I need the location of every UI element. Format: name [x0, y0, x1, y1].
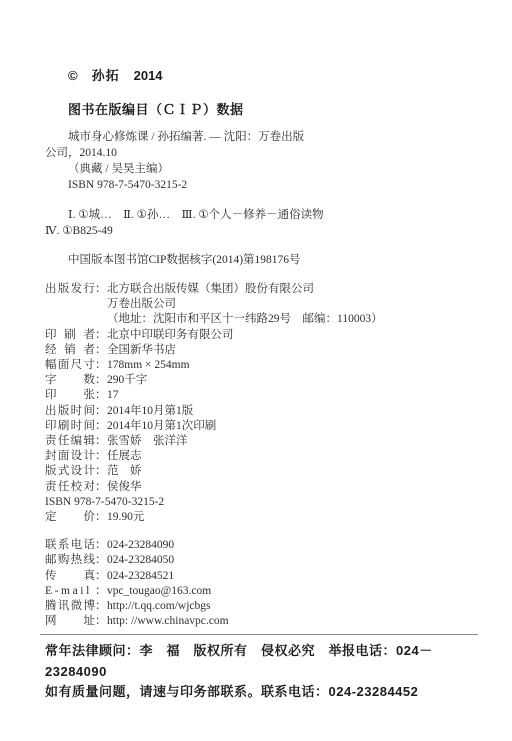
publication-info-block: 出版发行：北方联合出版传媒（集团）股份有限公司 万卷出版公司 （地址：沈阳市和平… [45, 282, 478, 525]
pub-value: 2014年10月第1版 [107, 405, 193, 417]
pub-value: 北方联合出版传媒（集团）股份有限公司 [107, 283, 314, 295]
label-colon: ： [95, 449, 107, 464]
cip-classification-block: Ⅰ. ①城… Ⅱ. ①孙… Ⅲ. ①个人－修养－通俗读物 Ⅳ. ①B825-49 [45, 207, 478, 239]
contact-label: 联系电话 [45, 538, 95, 553]
pub-label: 幅面尺寸 [45, 358, 95, 373]
pub-value: ISBN 978-7-5470-3215-2 [45, 496, 164, 508]
contact-row-microblog: 腾讯微博：http://t.qq.com/wjcbgs [45, 599, 478, 614]
pub-label: 封面设计 [45, 449, 95, 464]
pub-row-isbn: ISBN 978-7-5470-3215-2 [45, 495, 478, 510]
legal-footer: 常年法律顾问：李 福 版权所有 侵权必究 举报电话：024－23284090 如… [45, 641, 478, 703]
cip-isbn-line: ISBN 978-7-5470-3215-2 [45, 177, 478, 193]
pub-label: 责任校对 [45, 480, 95, 495]
pub-label: 版式设计 [45, 464, 95, 479]
contact-label: 腾讯微博 [45, 599, 95, 614]
pub-value: 北京中印联印务有限公司 [107, 329, 234, 341]
pub-row-editor: 责任编辑：张雪娇 张洋洋 [45, 434, 478, 449]
contact-label: 邮购热线 [45, 553, 95, 568]
pub-row-proofreader: 责任校对：侯俊华 [45, 480, 478, 495]
cip-heading: 图书在版编目（ＣＩＰ）数据 [68, 102, 478, 118]
label-colon: ： [95, 569, 107, 584]
label-colon: ： [95, 373, 107, 388]
pub-row-printer: 印刷者：北京中印联印务有限公司 [45, 328, 478, 343]
pub-row-address: （地址：沈阳市和平区十一纬路29号 邮编：110003） [45, 312, 478, 327]
pub-row-trim-size: 幅面尺寸：178mm × 254mm [45, 358, 478, 373]
contact-info-block: 联系电话：024-23284090 邮购热线：024-23284050 传真：0… [45, 538, 478, 629]
pub-value: 19.90元 [107, 511, 144, 523]
pub-label: 责任编辑 [45, 434, 95, 449]
legal-line: 常年法律顾问：李 福 版权所有 侵权必究 举报电话：024－23284090 [45, 641, 478, 682]
pub-row-publisher: 出版发行：北方联合出版传媒（集团）股份有限公司 [45, 282, 478, 297]
pub-row-distributor: 经销者：全国新华书店 [45, 343, 478, 358]
pub-value: 178mm × 254mm [107, 359, 190, 371]
pub-value: （地址：沈阳市和平区十一纬路29号 邮编：110003） [107, 313, 383, 325]
contact-value: 024-23284521 [107, 570, 174, 582]
contact-value: http: //www.chinavpc.com [107, 615, 229, 627]
pub-label: 经销者 [45, 343, 95, 358]
cip-series-line: （典藏 / 吴昊主编） [45, 161, 478, 177]
label-colon: ： [95, 480, 107, 495]
label-colon: ： [95, 599, 107, 614]
footer-divider [40, 634, 478, 635]
label-colon: ： [95, 419, 107, 434]
pub-row-print-date: 印刷时间：2014年10月第1次印刷 [45, 419, 478, 434]
contact-value: 024-23284050 [107, 554, 174, 566]
label-colon: ： [95, 614, 107, 629]
quality-line: 如有质量问题，请速与印务部联系。联系电话：024-23284452 [45, 682, 478, 703]
contact-row-email: E-mail：vpc_tougao@163.com [45, 584, 478, 599]
cip-registration-number: 中国版本图书馆CIP数据核字(2014)第198176号 [45, 252, 478, 268]
pub-row-layout-design: 版式设计：范 娇 [45, 464, 478, 479]
cip-title-line: 城市身心修炼课 / 孙拓编著. — 沈阳：万卷出版 [45, 129, 478, 145]
pub-value: 2014年10月第1次印刷 [107, 420, 216, 432]
label-colon: ： [95, 328, 107, 343]
label-colon: ： [95, 538, 107, 553]
pub-value: 万卷出版公司 [107, 298, 176, 310]
copyright-year: 2014 [134, 68, 163, 83]
pub-value: 范 娇 [107, 465, 142, 477]
cip-registration-block: 中国版本图书馆CIP数据核字(2014)第198176号 [45, 252, 478, 268]
pub-row-publisher-cont: 万卷出版公司 [45, 297, 478, 312]
cip-data-block: 城市身心修炼课 / 孙拓编著. — 沈阳：万卷出版 公司，2014.10 （典藏… [45, 129, 478, 193]
copyright-holder: 孙拓 [92, 68, 120, 83]
pub-value: 全国新华书店 [107, 344, 176, 356]
pub-value: 张雪娇 张洋洋 [107, 435, 188, 447]
pub-value: 任展志 [107, 450, 142, 462]
pub-label: 出版时间 [45, 404, 95, 419]
label-colon: ： [95, 282, 107, 297]
contact-label: 网址 [45, 614, 95, 629]
label-colon: ： [95, 510, 107, 525]
contact-value: 024-23284090 [107, 539, 174, 551]
copyright-page: ©孙拓2014 图书在版编目（ＣＩＰ）数据 城市身心修炼课 / 孙拓编著. — … [0, 0, 512, 741]
contact-value: http://t.qq.com/wjcbgs [107, 600, 211, 612]
label-colon: ： [95, 404, 107, 419]
pub-row-publish-date: 出版时间：2014年10月第1版 [45, 404, 478, 419]
label-colon: ： [95, 358, 107, 373]
contact-row-fax: 传真：024-23284521 [45, 569, 478, 584]
pub-label: 定价 [45, 510, 95, 525]
label-colon: ： [95, 464, 107, 479]
contact-row-phone: 联系电话：024-23284090 [45, 538, 478, 553]
label-colon: ： [95, 388, 107, 403]
pub-row-cover-design: 封面设计：任展志 [45, 449, 478, 464]
label-colon: ： [95, 343, 107, 358]
pub-label: 印张 [45, 388, 95, 403]
pub-value: 17 [107, 389, 119, 401]
contact-label: 传真 [45, 569, 95, 584]
classification-line-2: Ⅳ. ①B825-49 [45, 223, 478, 239]
label-colon: ： [95, 434, 107, 449]
contact-value: vpc_tougao@163.com [107, 585, 211, 597]
label-colon: ： [95, 584, 107, 599]
contact-row-website: 网址：http: //www.chinavpc.com [45, 614, 478, 629]
cip-publisher-line: 公司，2014.10 [45, 145, 478, 161]
pub-label: 印刷时间 [45, 419, 95, 434]
classification-line-1: Ⅰ. ①城… Ⅱ. ①孙… Ⅲ. ①个人－修养－通俗读物 [45, 207, 478, 223]
pub-value: 290千字 [107, 374, 147, 386]
contact-row-mail-order: 邮购热线：024-23284050 [45, 553, 478, 568]
copyright-symbol: © [68, 68, 78, 83]
pub-label: 印刷者 [45, 328, 95, 343]
pub-value: 侯俊华 [107, 481, 142, 493]
pub-label: 字数 [45, 373, 95, 388]
label-colon: ： [95, 553, 107, 568]
copyright-line: ©孙拓2014 [68, 68, 478, 83]
pub-label: 出版发行 [45, 282, 95, 297]
contact-label: E-mail [45, 584, 95, 599]
pub-row-price: 定价：19.90元 [45, 510, 478, 525]
pub-row-sheets: 印张：17 [45, 388, 478, 403]
pub-row-word-count: 字数：290千字 [45, 373, 478, 388]
